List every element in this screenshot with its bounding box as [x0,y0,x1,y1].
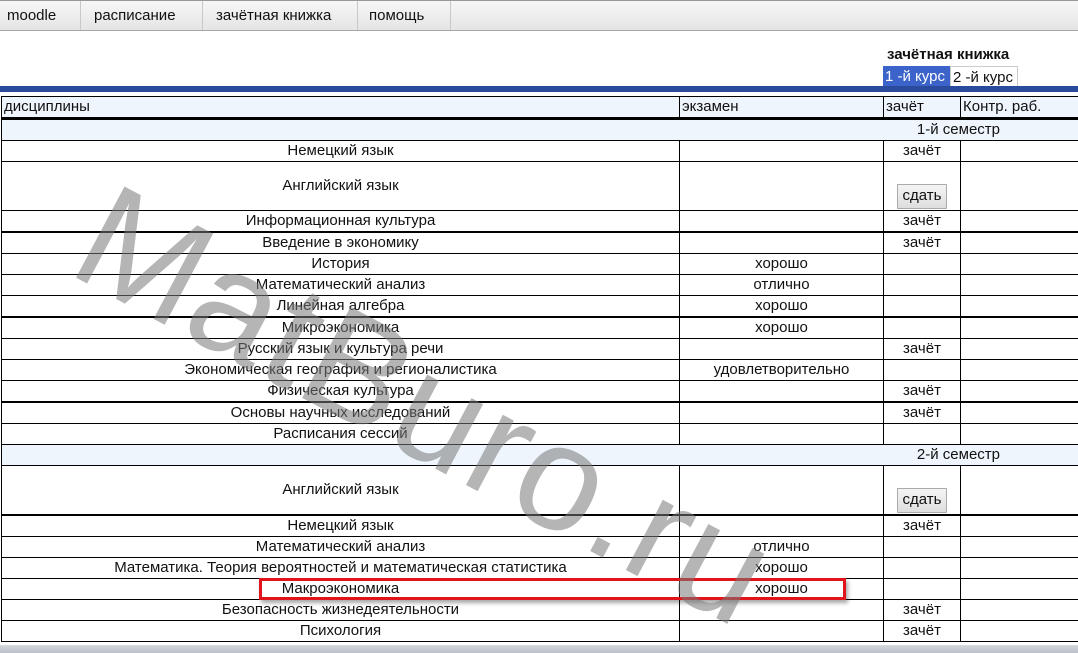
credit-cell: зачёт [884,402,961,424]
column-header-credit: зачёт [884,97,961,119]
control-cell [961,339,1078,360]
control-cell [961,621,1078,642]
nav-help[interactable]: помощь [358,1,451,30]
discipline-cell: Математика. Теория вероятностей и матема… [2,558,680,579]
table-row: Расписания сессий [2,424,1078,445]
discipline-cell: Русский язык и культура речи [2,339,680,360]
exam-cell [680,466,884,516]
credit-cell [884,579,961,600]
credit-cell: сдать [884,162,961,211]
control-cell [961,515,1078,537]
exam-cell [680,515,884,537]
exam-cell: хорошо [680,296,884,318]
credit-cell [884,317,961,339]
discipline-cell: Физическая культура [2,381,680,403]
table-row: Макроэкономикахорошо [2,579,1078,600]
table-row: Математика. Теория вероятностей и матема… [2,558,1078,579]
table-row: Психологиязачёт [2,621,1078,642]
discipline-cell: Расписания сессий [2,424,680,445]
table-row: Линейная алгебрахорошо [2,296,1078,318]
grades-table: дисциплины экзамен зачёт Контр. раб. 1-й… [1,96,1078,642]
control-cell [961,424,1078,445]
tab-course-1[interactable]: 1 -й курс [883,66,950,87]
credit-cell [884,424,961,445]
discipline-cell: Психология [2,621,680,642]
control-cell [961,360,1078,381]
control-cell [961,537,1078,558]
control-cell [961,381,1078,403]
credit-cell: зачёт [884,600,961,621]
table-row: Основы научных исследованийзачёт [2,402,1078,424]
table-row: Английский языксдать [2,466,1078,516]
control-cell [961,558,1078,579]
table-row: Физическая культуразачёт [2,381,1078,403]
exam-cell [680,339,884,360]
exam-cell [680,232,884,254]
table-header-row: дисциплины экзамен зачёт Контр. раб. [2,97,1078,119]
semester-row: 2-й семестр [2,445,1078,466]
credit-cell [884,558,961,579]
control-cell [961,254,1078,275]
discipline-cell: Информационная культура [2,211,680,233]
credit-cell: сдать [884,466,961,516]
control-cell [961,466,1078,516]
table-row: Русский язык и культура речизачёт [2,339,1078,360]
credit-cell [884,296,961,318]
top-navigation: moodle расписание зачётная книжка помощь [0,0,1078,31]
credit-cell: зачёт [884,515,961,537]
exam-cell [680,621,884,642]
control-cell [961,402,1078,424]
discipline-cell: Безопасность жизнедеятельности [2,600,680,621]
bottom-scroll-area [0,645,1078,653]
column-header-discipline: дисциплины [2,97,680,119]
discipline-cell: Математический анализ [2,537,680,558]
control-cell [961,232,1078,254]
credit-cell [884,254,961,275]
exam-cell [680,211,884,233]
exam-cell: хорошо [680,579,884,600]
credit-cell: зачёт [884,339,961,360]
exam-cell: отлично [680,275,884,296]
column-header-exam: экзамен [680,97,884,119]
discipline-cell: Английский язык [2,162,680,211]
exam-cell: удовлетворительно [680,360,884,381]
discipline-cell: Основы научных исследований [2,402,680,424]
semester-label: 2-й семестр [2,445,1078,466]
table-row: Английский языксдать [2,162,1078,211]
table-row: Микроэкономикахорошо [2,317,1078,339]
control-cell [961,141,1078,162]
exam-cell: хорошо [680,317,884,339]
credit-cell: зачёт [884,232,961,254]
credit-cell: зачёт [884,381,961,403]
discipline-cell: История [2,254,680,275]
table-row: Введение в экономикузачёт [2,232,1078,254]
submit-button[interactable]: сдать [897,488,947,513]
table-row: Историяхорошо [2,254,1078,275]
table-row: Математический анализотлично [2,537,1078,558]
table-row: Немецкий языкзачёт [2,515,1078,537]
tab-course-2[interactable]: 2 -й курс [950,66,1018,87]
nav-record-book[interactable]: зачётная книжка [203,1,358,30]
control-cell [961,162,1078,211]
control-cell [961,317,1078,339]
discipline-cell: Немецкий язык [2,515,680,537]
table-row: Немецкий языкзачёт [2,141,1078,162]
credit-cell: зачёт [884,621,961,642]
exam-cell [680,141,884,162]
discipline-cell: Экономическая география и регионалистика [2,360,680,381]
credit-cell: зачёт [884,141,961,162]
discipline-cell: Математический анализ [2,275,680,296]
nav-moodle[interactable]: moodle [0,1,81,30]
credit-cell [884,360,961,381]
exam-cell [680,402,884,424]
course-tabs: 1 -й курс 2 -й курс [883,66,1018,87]
credit-cell [884,275,961,296]
discipline-cell: Микроэкономика [2,317,680,339]
header-divider [0,86,1078,92]
table-row: Экономическая география и регионалистика… [2,360,1078,381]
credit-cell: зачёт [884,211,961,233]
discipline-cell: Линейная алгебра [2,296,680,318]
exam-cell: хорошо [680,558,884,579]
submit-button[interactable]: сдать [897,184,947,209]
exam-cell [680,424,884,445]
credit-cell [884,537,961,558]
table-row: Информационная культуразачёт [2,211,1078,233]
exam-cell: хорошо [680,254,884,275]
exam-cell: отлично [680,537,884,558]
discipline-cell: Немецкий язык [2,141,680,162]
discipline-cell: Макроэкономика [2,579,680,600]
control-cell [961,211,1078,233]
exam-cell [680,162,884,211]
discipline-cell: Введение в экономику [2,232,680,254]
exam-cell [680,600,884,621]
table-row: Безопасность жизнедеятельностизачёт [2,600,1078,621]
column-header-control: Контр. раб. [961,97,1078,119]
control-cell [961,600,1078,621]
control-cell [961,275,1078,296]
exam-cell [680,381,884,403]
control-cell [961,579,1078,600]
table-row: Математический анализотлично [2,275,1078,296]
nav-schedule[interactable]: расписание [81,1,203,30]
page-title: зачётная книжка [887,46,1009,63]
control-cell [961,296,1078,318]
semester-row: 1-й семестр [2,119,1078,141]
discipline-cell: Английский язык [2,466,680,516]
semester-label: 1-й семестр [2,119,1078,141]
